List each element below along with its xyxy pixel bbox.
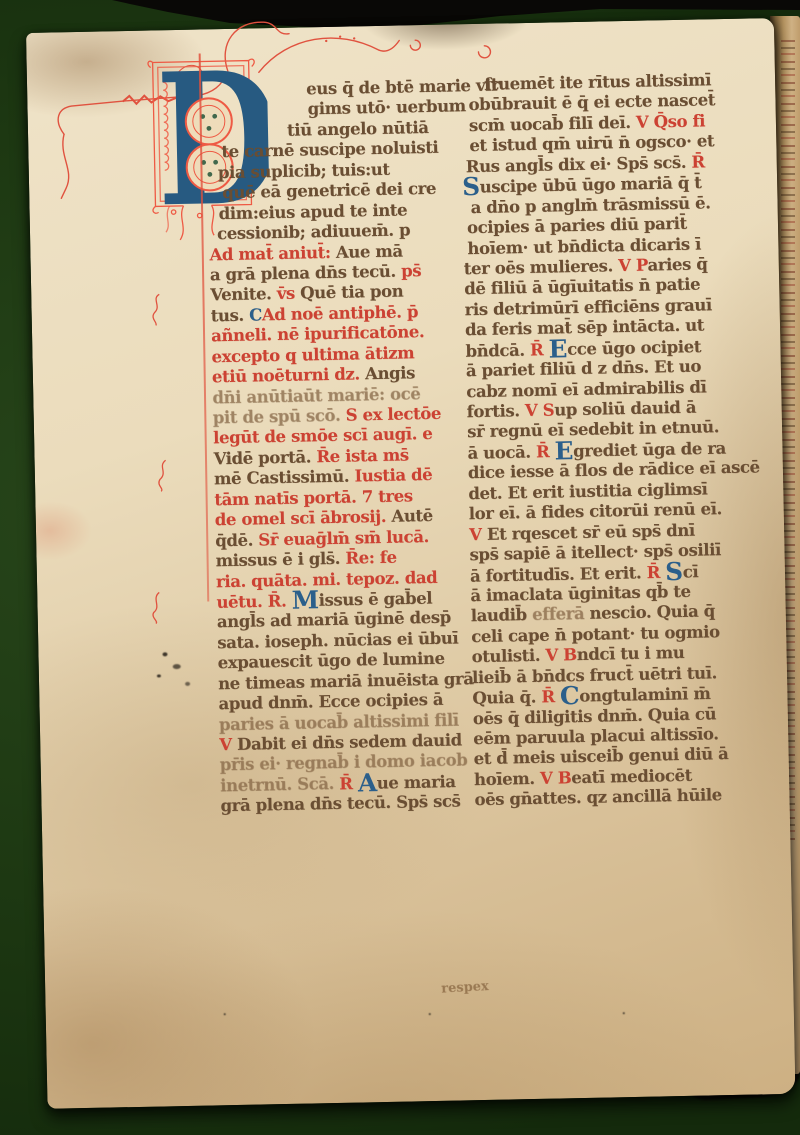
text-segment: ue maria bbox=[377, 772, 456, 793]
ink-speck bbox=[162, 652, 167, 656]
text-segment: aries q̄ bbox=[647, 254, 707, 274]
text-segment: apud dnm̄. Ecce ocipies ā bbox=[218, 690, 443, 714]
text-segment: issus ē gab̄el bbox=[318, 588, 432, 609]
text-segment: ā fortitudīs. Et erit. bbox=[470, 563, 647, 586]
rubric-segment: legūt de smōe scī augī. e bbox=[213, 424, 433, 447]
rubric-segment: Sr̄ euaḡlm̄ sm̄ lucā. bbox=[258, 527, 429, 549]
catchword: respex bbox=[441, 979, 489, 997]
rubric-segment: Iustia dē bbox=[354, 465, 432, 486]
text-segment: cce ūgo ocipiet bbox=[567, 337, 701, 359]
text-segment: da feris mat̄ sēp intācta. ut bbox=[465, 316, 704, 340]
margin-squiggle bbox=[155, 458, 170, 492]
text-segment: ocipies ā paries diū parit̄ bbox=[467, 214, 687, 237]
text-segment: sps̄ sapiē ā itellect· sps̄ osiliī bbox=[469, 540, 721, 564]
rubric-segment: tām natīs portā. 7 tres bbox=[214, 486, 413, 509]
text-segment: cī bbox=[683, 562, 699, 581]
text-segment: quē eā genetricē dei cre bbox=[222, 179, 436, 202]
text-segment: grediet ūga de ra bbox=[573, 438, 726, 460]
rubric-segment: R̄ bbox=[541, 687, 560, 706]
text-segment: ā uocā. bbox=[467, 442, 536, 462]
text-segment: Quē tia pon bbox=[300, 282, 403, 303]
text-column-right: ftuemēt ite rītus altissimīobūbrauit ē q… bbox=[460, 69, 785, 811]
text-segment: te carnē suscipe noluisti bbox=[221, 138, 438, 161]
text-segment: scm̄ uocab̄ filī deī. bbox=[469, 113, 636, 135]
margin-squiggle bbox=[149, 292, 164, 326]
rubric-segment: V P bbox=[618, 256, 648, 276]
rubric-segment: V B bbox=[545, 645, 577, 665]
text-segment: Quia q̄. bbox=[472, 687, 541, 707]
ink-speck bbox=[157, 674, 161, 677]
rubric-segment: V Q̄so fi bbox=[636, 111, 705, 131]
text-segment: cessionib; adiuuem̄. p bbox=[217, 220, 410, 243]
ink-speck bbox=[623, 1012, 625, 1014]
text-segment: Aue mā bbox=[336, 241, 403, 261]
rubric-segment: R̄ bbox=[530, 340, 549, 359]
manuscript-page: D eus q̄ de btē bbox=[26, 18, 795, 1109]
text-segment: mē Castissimū. bbox=[214, 467, 355, 489]
rubric-segment: V B bbox=[540, 768, 572, 788]
text-segment: hoīem. bbox=[474, 769, 540, 789]
rubric-segment: ria. quāta. mi. tepoz. dad bbox=[216, 567, 438, 590]
text-segment: pia suplicib; tuis:ut bbox=[218, 159, 390, 181]
text-segment: dn̄i anūtiaūt mariē: ocē bbox=[212, 384, 420, 407]
rubric-segment: Ad noē antiphē. p̄ bbox=[262, 302, 419, 324]
rubric-segment: V bbox=[469, 524, 487, 543]
rubric-segment: V S bbox=[525, 400, 555, 420]
manuscript-photo: { "document": { "kind_label": "illuminat… bbox=[0, 0, 800, 1135]
rubric-segment: V bbox=[219, 735, 237, 754]
text-segment: missus ē i gls̄. bbox=[215, 549, 345, 571]
text-segment: ongtulaminī m̄ bbox=[579, 684, 710, 706]
rubric-segment: Ad mat̄ aniut̄: bbox=[209, 242, 336, 264]
ink-speck bbox=[429, 1013, 431, 1015]
rubric-segment: etiū noēturni dz. bbox=[212, 364, 366, 386]
ink-speck bbox=[224, 1013, 226, 1015]
rubric-segment: R̄ bbox=[646, 562, 665, 581]
rubric-segment: de omel scī ābrosij. bbox=[215, 507, 392, 530]
text-column-left: eus q̄ de btē marie virgims utō· uerbumt… bbox=[206, 76, 489, 817]
rubric-segment: R̄e ista ms̄ bbox=[316, 445, 409, 466]
text-segment: Venite. bbox=[210, 284, 277, 304]
text-segment: dim:eius apud te inte bbox=[218, 200, 407, 223]
rubric-segment: añneli. nē ipurificatōne. bbox=[211, 322, 425, 345]
rubric-segment: ps̄ bbox=[401, 261, 421, 280]
text-segment: laudib̄ bbox=[471, 605, 533, 625]
text-segment: up soliū dauid ā bbox=[554, 398, 696, 420]
ink-speck bbox=[173, 664, 181, 669]
text-segment: eatī mediocēt bbox=[571, 766, 692, 787]
rubric-segment: uētu. R̄. bbox=[216, 591, 292, 612]
text-segment: fortis. bbox=[466, 401, 525, 421]
rubric-segment: R̄ bbox=[339, 774, 358, 793]
text-segment: Autē bbox=[391, 506, 433, 526]
text-segment: expauescit ūgo de lumine bbox=[217, 649, 444, 673]
text-segment: tus. bbox=[211, 305, 250, 325]
text-segment: nescio. Quia q̄ bbox=[589, 602, 715, 624]
text-segment: Et rqescet sr̄ eū sps̄ dnī bbox=[487, 520, 695, 543]
text-segment: tiū angelo nūtiā bbox=[287, 118, 429, 140]
text-segment: bn̄dcā. bbox=[465, 340, 530, 360]
text-segment: C bbox=[249, 305, 262, 324]
text-segment: oēs gn̄attes. qz ancillā hūile bbox=[474, 786, 722, 810]
ink-speck bbox=[185, 682, 190, 686]
text-segment: Rus angl̄s dix ei· Sps̄ scs̄. bbox=[466, 152, 692, 176]
text-segment: ter oēs mulieres. bbox=[464, 256, 619, 278]
text-segment: inetrnū. Scā. bbox=[220, 774, 339, 795]
text-segment: Angis bbox=[365, 363, 415, 383]
text-segment: otulisti. bbox=[471, 646, 545, 666]
text-segment: gims utō· uerbum bbox=[307, 97, 466, 119]
text-line: grā plena dn̄s tecū. Sps̄ scs̄ bbox=[220, 791, 488, 817]
rubric-segment: S ex lectōe bbox=[345, 404, 441, 425]
text-line: gims utō· uerbum bbox=[307, 96, 474, 120]
text-segment: ndcī tu i mu bbox=[577, 643, 685, 664]
text-segment: grā plena dn̄s tecū. Sps̄ scs̄ bbox=[220, 792, 460, 816]
rubric-segment: R̄ bbox=[691, 152, 705, 171]
text-segment: q̄dē. bbox=[215, 530, 258, 550]
rubric-segment: R̄e: fe bbox=[345, 548, 397, 568]
text-segment: pit de spū scō. bbox=[213, 406, 346, 428]
rubric-segment: v̄s bbox=[277, 284, 301, 303]
text-segment: efferā bbox=[532, 604, 590, 624]
rubric-segment: R̄ bbox=[536, 442, 555, 461]
text-segment: Vidē portā. bbox=[213, 447, 316, 468]
rubric-segment: excepto q ultima ātizm bbox=[211, 343, 414, 366]
margin-squiggle bbox=[149, 590, 164, 624]
text-segment: a grā plena dn̄s tecū. bbox=[210, 261, 402, 284]
